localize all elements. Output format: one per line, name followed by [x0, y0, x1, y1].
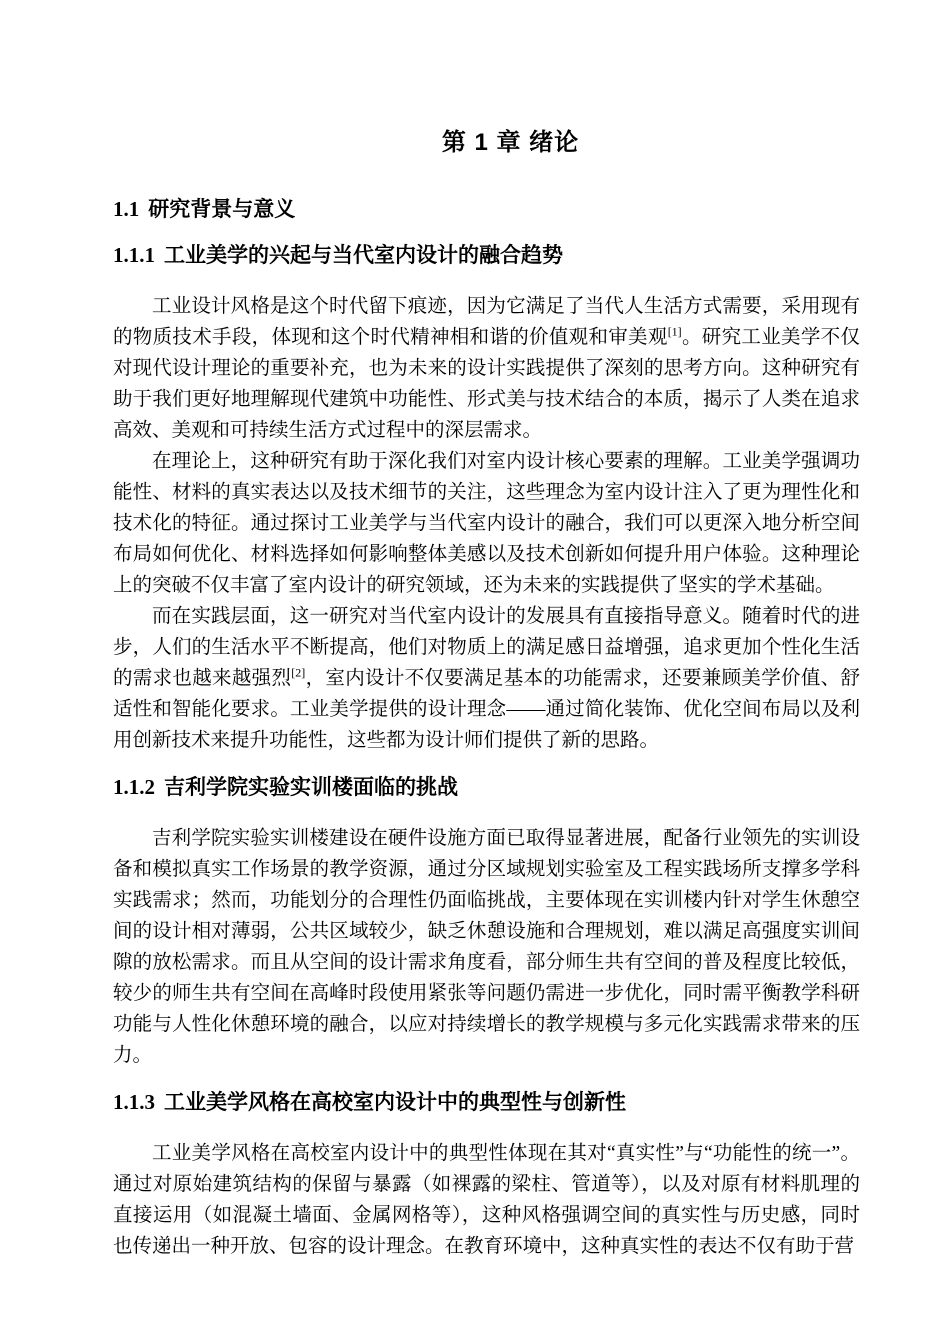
subsection-title: 工业美学风格在高校室内设计中的典型性与创新性: [164, 1091, 626, 1114]
subsection-number: 1.1.3: [113, 1090, 155, 1114]
chapter-title: 第 1 章 绪论: [113, 128, 860, 158]
subsection-heading-1-1-2: 1.1.2吉利学院实验实训楼面临的挑战: [113, 773, 860, 802]
document-page: 第 1 章 绪论 1.1研究背景与意义 1.1.1工业美学的兴起与当代室内设计的…: [0, 0, 950, 1344]
subsection-heading-1-1-1: 1.1.1工业美学的兴起与当代室内设计的融合趋势: [113, 241, 860, 270]
paragraph-4: 吉利学院实验实训楼建设在硬件设施方面已取得显著进展，配备行业领先的实训设备和模拟…: [113, 823, 860, 1071]
paragraph-3: 而在实践层面，这一研究对当代室内设计的发展具有直接指导意义。随着时代的进步，人们…: [113, 601, 860, 756]
paragraph-5: 工业美学风格在高校室内设计中的典型性体现在其对“真实性”与“功能性的统一”。通过…: [113, 1138, 860, 1262]
subsection-heading-1-1-3: 1.1.3工业美学风格在高校室内设计中的典型性与创新性: [113, 1088, 860, 1117]
subsection-title: 吉利学院实验实训楼面临的挑战: [164, 776, 458, 799]
subsection-number: 1.1.2: [113, 775, 155, 799]
paragraph-2: 在理论上，这种研究有助于深化我们对室内设计核心要素的理解。工业美学强调功能性、材…: [113, 446, 860, 601]
subsection-title: 工业美学的兴起与当代室内设计的融合趋势: [164, 244, 563, 267]
subsection-number: 1.1.1: [113, 243, 155, 267]
section-title: 研究背景与意义: [148, 198, 295, 221]
section-number: 1.1: [113, 197, 139, 221]
citation-ref-1: [1]: [668, 325, 682, 339]
citation-ref-2: [2]: [291, 666, 305, 680]
section-heading-1-1: 1.1研究背景与意义: [113, 195, 860, 224]
paragraph-1: 工业设计风格是这个时代留下痕迹，因为它满足了当代人生活方式需要，采用现有的物质技…: [113, 291, 860, 446]
